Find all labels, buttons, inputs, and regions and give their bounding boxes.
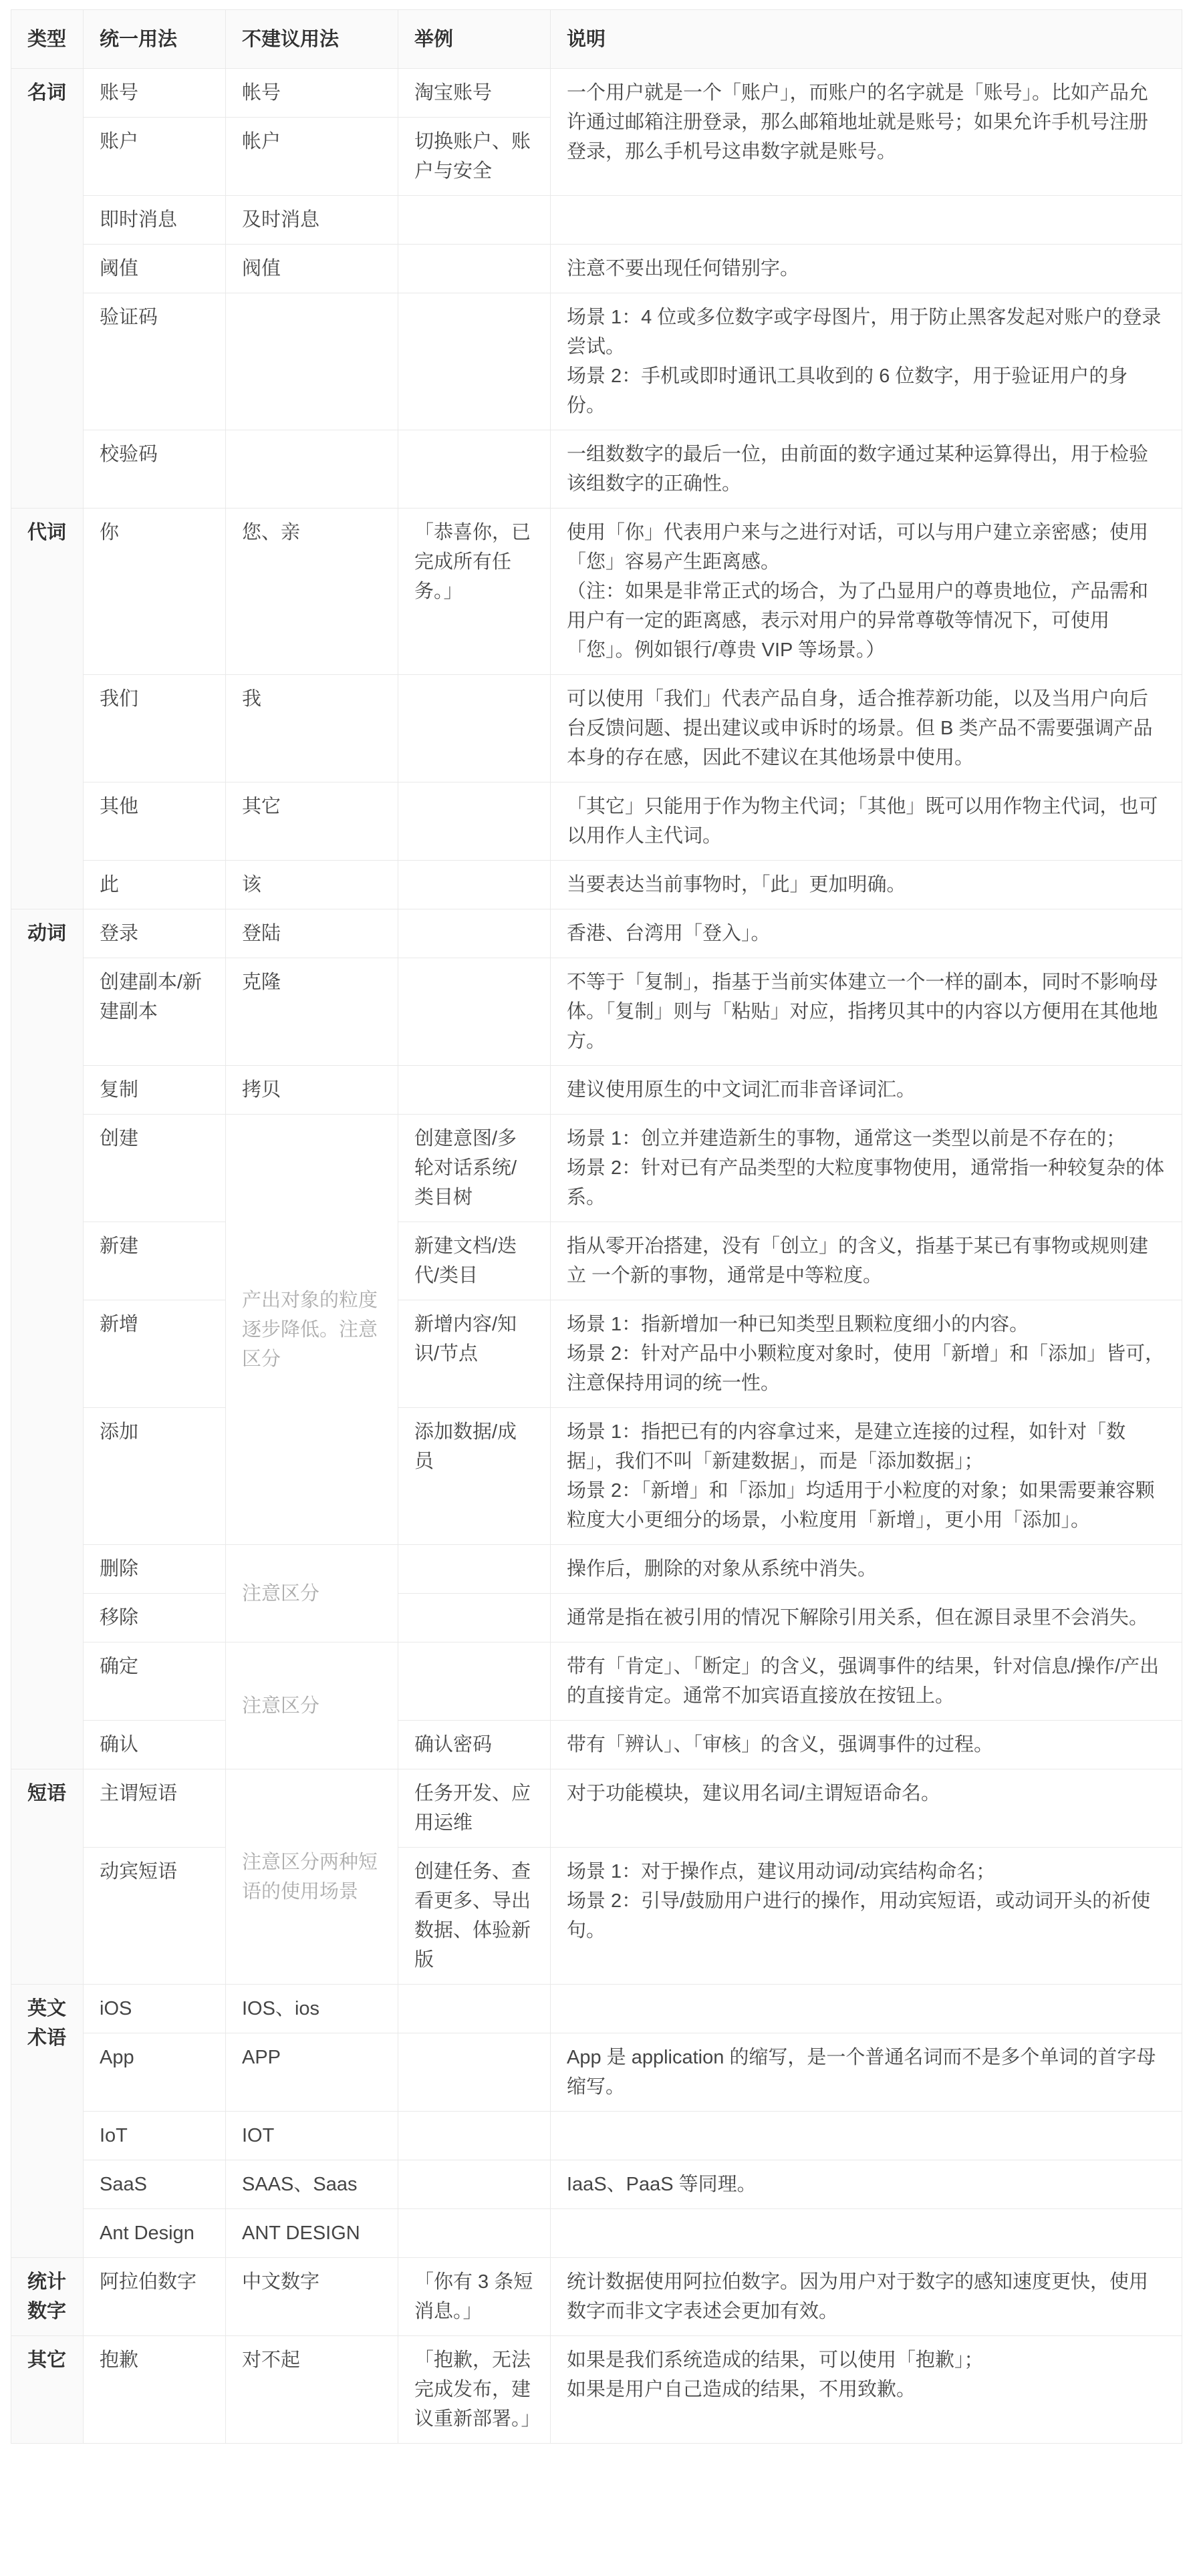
cell-preferred: 其他 bbox=[84, 782, 226, 861]
cell-example: 新增内容/知识/节点 bbox=[398, 1300, 551, 1408]
cell-example bbox=[398, 782, 551, 861]
cell-example: 「你有 3 条短消息。」 bbox=[398, 2258, 551, 2336]
table-row: IoTIOT bbox=[11, 2112, 1182, 2160]
cell-example bbox=[398, 2112, 551, 2160]
cell-deprecated bbox=[226, 293, 398, 430]
cell-description bbox=[551, 196, 1182, 245]
cell-example bbox=[398, 909, 551, 958]
cell-example bbox=[398, 2209, 551, 2258]
cell-example bbox=[398, 2160, 551, 2209]
cell-preferred: 确认 bbox=[84, 1721, 226, 1769]
header-example: 举例 bbox=[398, 10, 551, 69]
cell-preferred: 账号 bbox=[84, 69, 226, 118]
table-body: 名词账号帐号淘宝账号一个用户就是一个「账户」，而账户的名字就是「账号」。比如产品… bbox=[11, 69, 1182, 2444]
table-row: 删除注意区分操作后，删除的对象从系统中消失。 bbox=[11, 1545, 1182, 1594]
cell-preferred: 我们 bbox=[84, 675, 226, 782]
cell-preferred: 创建 bbox=[84, 1115, 226, 1222]
table-row: 短语主谓短语注意区分两种短语的使用场景任务开发、应用运维对于功能模块，建议用名词… bbox=[11, 1769, 1182, 1848]
cell-preferred: 账户 bbox=[84, 118, 226, 196]
header-type: 类型 bbox=[11, 10, 84, 69]
table-row: 其它抱歉对不起「抱歉，无法完成发布，建议重新部署。」如果是我们系统造成的结果，可… bbox=[11, 2336, 1182, 2444]
cell-preferred: 校验码 bbox=[84, 430, 226, 509]
cell-description: 建议使用原生的中文词汇而非音译词汇。 bbox=[551, 1066, 1182, 1115]
cell-description bbox=[551, 1985, 1182, 2033]
cell-example: 创建意图/多轮对话系统/类目树 bbox=[398, 1115, 551, 1222]
table-row: 统计数字阿拉伯数字中文数字「你有 3 条短消息。」统计数据使用阿拉伯数字。因为用… bbox=[11, 2258, 1182, 2336]
cell-deprecated: ANT DESIGN bbox=[226, 2209, 398, 2258]
table-row: 此该当要表达当前事物时，「此」更加明确。 bbox=[11, 861, 1182, 909]
cell-deprecated: 对不起 bbox=[226, 2336, 398, 2444]
cell-preferred: 动宾短语 bbox=[84, 1848, 226, 1985]
table-row: 英文术语iOSIOS、ios bbox=[11, 1985, 1182, 2033]
cell-deprecated: 该 bbox=[226, 861, 398, 909]
cell-example bbox=[398, 293, 551, 430]
cell-description: 通常是指在被引用的情况下解除引用关系，但在源目录里不会消失。 bbox=[551, 1594, 1182, 1642]
table-row: 动词登录登陆香港、台湾用「登入」。 bbox=[11, 909, 1182, 958]
cell-preferred: 你 bbox=[84, 509, 226, 675]
cell-category: 统计数字 bbox=[11, 2258, 84, 2336]
cell-preferred: 删除 bbox=[84, 1545, 226, 1594]
cell-example bbox=[398, 2033, 551, 2112]
cell-example bbox=[398, 196, 551, 245]
cell-description: 场景 1：指新增加一种已知类型且颗粒度细小的内容。 场景 2：针对产品中小颗粒度… bbox=[551, 1300, 1182, 1408]
cell-example bbox=[398, 1594, 551, 1642]
cell-description: 对于功能模块，建议用名词/主谓短语命名。 bbox=[551, 1769, 1182, 1848]
table-row: SaaSSAAS、SaasIaaS、PaaS 等同理。 bbox=[11, 2160, 1182, 2209]
cell-deprecated: 产出对象的粒度逐步降低。注意区分 bbox=[226, 1115, 398, 1545]
cell-deprecated: 及时消息 bbox=[226, 196, 398, 245]
cell-description: 注意不要出现任何错别字。 bbox=[551, 245, 1182, 293]
table-row: 确认确认密码带有「辨认」、「审核」的含义，强调事件的过程。 bbox=[11, 1721, 1182, 1769]
header-row: 类型 统一用法 不建议用法 举例 说明 bbox=[11, 10, 1182, 69]
cell-deprecated: 中文数字 bbox=[226, 2258, 398, 2336]
cell-preferred: 此 bbox=[84, 861, 226, 909]
cell-category: 短语 bbox=[11, 1769, 84, 1985]
cell-example: 创建任务、查看更多、导出数据、体验新版 bbox=[398, 1848, 551, 1985]
cell-example bbox=[398, 675, 551, 782]
cell-deprecated: 阀值 bbox=[226, 245, 398, 293]
cell-example bbox=[398, 430, 551, 509]
cell-preferred: 验证码 bbox=[84, 293, 226, 430]
cell-deprecated: 帐号 bbox=[226, 69, 398, 118]
table-row: 动宾短语创建任务、查看更多、导出数据、体验新版场景 1：对于操作点，建议用动词/… bbox=[11, 1848, 1182, 1985]
cell-description: 可以使用「我们」代表产品自身，适合推荐新功能，以及当用户向后台反馈问题、提出建议… bbox=[551, 675, 1182, 782]
cell-description: 操作后，删除的对象从系统中消失。 bbox=[551, 1545, 1182, 1594]
table-row: 复制拷贝建议使用原生的中文词汇而非音译词汇。 bbox=[11, 1066, 1182, 1115]
cell-example: 确认密码 bbox=[398, 1721, 551, 1769]
cell-description: 当要表达当前事物时，「此」更加明确。 bbox=[551, 861, 1182, 909]
cell-deprecated: 注意区分 bbox=[226, 1642, 398, 1769]
table-row: Ant DesignANT DESIGN bbox=[11, 2209, 1182, 2258]
cell-description: 场景 1：对于操作点，建议用动词/动宾结构命名； 场景 2：引导/鼓励用户进行的… bbox=[551, 1848, 1182, 1985]
cell-deprecated bbox=[226, 430, 398, 509]
cell-example bbox=[398, 861, 551, 909]
table-row: 验证码场景 1：4 位或多位数字或字母图片，用于防止黑客发起对账户的登录尝试。 … bbox=[11, 293, 1182, 430]
cell-description: 「其它」只能用于作为物主代词；「其他」既可以用作物主代词，也可以用作人主代词。 bbox=[551, 782, 1182, 861]
cell-example: 「抱歉，无法完成发布，建议重新部署。」 bbox=[398, 2336, 551, 2444]
table-row: 名词账号帐号淘宝账号一个用户就是一个「账户」，而账户的名字就是「账号」。比如产品… bbox=[11, 69, 1182, 118]
table-row: 代词你您、亲「恭喜你，已完成所有任务。」使用「你」代表用户来与之进行对话，可以与… bbox=[11, 509, 1182, 675]
cell-example bbox=[398, 1545, 551, 1594]
cell-description: 使用「你」代表用户来与之进行对话，可以与用户建立亲密感；使用「您」容易产生距离感… bbox=[551, 509, 1182, 675]
cell-deprecated: 其它 bbox=[226, 782, 398, 861]
cell-preferred: 添加 bbox=[84, 1408, 226, 1545]
terminology-doc-page: 类型 统一用法 不建议用法 举例 说明 名词账号帐号淘宝账号一个用户就是一个「账… bbox=[0, 0, 1199, 2576]
cell-preferred: App bbox=[84, 2033, 226, 2112]
table-row: 确定注意区分带有「肯定」、「断定」的含义，强调事件的结果，针对信息/操作/产出的… bbox=[11, 1642, 1182, 1721]
table-row: 创建产出对象的粒度逐步降低。注意区分创建意图/多轮对话系统/类目树场景 1：创立… bbox=[11, 1115, 1182, 1222]
cell-description: App 是 application 的缩写，是一个普通名词而不是多个单词的首字母… bbox=[551, 2033, 1182, 2112]
cell-description bbox=[551, 2112, 1182, 2160]
table-row: 新增新增内容/知识/节点场景 1：指新增加一种已知类型且颗粒度细小的内容。 场景… bbox=[11, 1300, 1182, 1408]
table-row: 创建副本/新建副本克隆不等于「复制」，指基于当前实体建立一个一样的副本，同时不影… bbox=[11, 958, 1182, 1066]
header-deprecated: 不建议用法 bbox=[226, 10, 398, 69]
cell-description bbox=[551, 2209, 1182, 2258]
cell-example: 新建文档/迭代/类目 bbox=[398, 1222, 551, 1300]
table-row: 阈值阀值注意不要出现任何错别字。 bbox=[11, 245, 1182, 293]
cell-description: 如果是我们系统造成的结果，可以使用「抱歉」； 如果是用户自己造成的结果，不用致歉… bbox=[551, 2336, 1182, 2444]
cell-preferred: 复制 bbox=[84, 1066, 226, 1115]
cell-example bbox=[398, 245, 551, 293]
cell-deprecated: 注意区分两种短语的使用场景 bbox=[226, 1769, 398, 1985]
cell-description: 场景 1：4 位或多位数字或字母图片，用于防止黑客发起对账户的登录尝试。 场景 … bbox=[551, 293, 1182, 430]
cell-deprecated: SAAS、Saas bbox=[226, 2160, 398, 2209]
terminology-table: 类型 统一用法 不建议用法 举例 说明 名词账号帐号淘宝账号一个用户就是一个「账… bbox=[11, 9, 1182, 2444]
table-row: 其他其它「其它」只能用于作为物主代词；「其他」既可以用作物主代词，也可以用作人主… bbox=[11, 782, 1182, 861]
table-header: 类型 统一用法 不建议用法 举例 说明 bbox=[11, 10, 1182, 69]
cell-deprecated: 您、亲 bbox=[226, 509, 398, 675]
cell-example: 淘宝账号 bbox=[398, 69, 551, 118]
cell-description: 香港、台湾用「登入」。 bbox=[551, 909, 1182, 958]
cell-deprecated: APP bbox=[226, 2033, 398, 2112]
cell-category: 代词 bbox=[11, 509, 84, 909]
cell-preferred: 抱歉 bbox=[84, 2336, 226, 2444]
table-row: 新建新建文档/迭代/类目指从零开冶搭建，没有「创立」的含义，指基于某已有事物或规… bbox=[11, 1222, 1182, 1300]
cell-example: 「恭喜你，已完成所有任务。」 bbox=[398, 509, 551, 675]
cell-description: 场景 1：创立并建造新生的事物，通常这一类型以前是不存在的； 场景 2：针对已有… bbox=[551, 1115, 1182, 1222]
table-row: 移除通常是指在被引用的情况下解除引用关系，但在源目录里不会消失。 bbox=[11, 1594, 1182, 1642]
cell-preferred: iOS bbox=[84, 1985, 226, 2033]
cell-deprecated: 帐户 bbox=[226, 118, 398, 196]
cell-deprecated: 我 bbox=[226, 675, 398, 782]
cell-example bbox=[398, 1066, 551, 1115]
cell-example bbox=[398, 1985, 551, 2033]
cell-deprecated: 克隆 bbox=[226, 958, 398, 1066]
cell-description: 一组数数字的最后一位，由前面的数字通过某种运算得出，用于检验该组数字的正确性。 bbox=[551, 430, 1182, 509]
cell-deprecated: IOS、ios bbox=[226, 1985, 398, 2033]
cell-preferred: SaaS bbox=[84, 2160, 226, 2209]
cell-description: 不等于「复制」，指基于当前实体建立一个一样的副本，同时不影响母体。「复制」则与「… bbox=[551, 958, 1182, 1066]
cell-category: 动词 bbox=[11, 909, 84, 1769]
cell-preferred: Ant Design bbox=[84, 2209, 226, 2258]
table-row: AppAPPApp 是 application 的缩写，是一个普通名词而不是多个… bbox=[11, 2033, 1182, 2112]
cell-preferred: 移除 bbox=[84, 1594, 226, 1642]
cell-example: 切换账户、账户与安全 bbox=[398, 118, 551, 196]
cell-description: 带有「辨认」、「审核」的含义，强调事件的过程。 bbox=[551, 1721, 1182, 1769]
cell-description: IaaS、PaaS 等同理。 bbox=[551, 2160, 1182, 2209]
cell-preferred: 阈值 bbox=[84, 245, 226, 293]
cell-description: 统计数据使用阿拉伯数字。因为用户对于数字的感知速度更快，使用数字而非文字表述会更… bbox=[551, 2258, 1182, 2336]
cell-deprecated: IOT bbox=[226, 2112, 398, 2160]
cell-deprecated: 登陆 bbox=[226, 909, 398, 958]
table-row: 校验码一组数数字的最后一位，由前面的数字通过某种运算得出，用于检验该组数字的正确… bbox=[11, 430, 1182, 509]
cell-deprecated: 拷贝 bbox=[226, 1066, 398, 1115]
cell-category: 英文术语 bbox=[11, 1985, 84, 2258]
cell-description: 场景 1：指把已有的内容拿过来，是建立连接的过程，如针对「数据」，我们不叫「新建… bbox=[551, 1408, 1182, 1545]
cell-preferred: 登录 bbox=[84, 909, 226, 958]
cell-preferred: 新增 bbox=[84, 1300, 226, 1408]
cell-example bbox=[398, 958, 551, 1066]
cell-example bbox=[398, 1642, 551, 1721]
cell-preferred: 主谓短语 bbox=[84, 1769, 226, 1848]
cell-preferred: 即时消息 bbox=[84, 196, 226, 245]
cell-deprecated: 注意区分 bbox=[226, 1545, 398, 1642]
cell-example: 添加数据/成员 bbox=[398, 1408, 551, 1545]
table-row: 添加添加数据/成员场景 1：指把已有的内容拿过来，是建立连接的过程，如针对「数据… bbox=[11, 1408, 1182, 1545]
cell-description: 带有「肯定」、「断定」的含义，强调事件的结果，针对信息/操作/产出的直接肯定。通… bbox=[551, 1642, 1182, 1721]
header-description: 说明 bbox=[551, 10, 1182, 69]
cell-preferred: 阿拉伯数字 bbox=[84, 2258, 226, 2336]
table-row: 我们我可以使用「我们」代表产品自身，适合推荐新功能，以及当用户向后台反馈问题、提… bbox=[11, 675, 1182, 782]
table-row: 即时消息及时消息 bbox=[11, 196, 1182, 245]
cell-preferred: IoT bbox=[84, 2112, 226, 2160]
cell-description: 指从零开冶搭建，没有「创立」的含义，指基于某已有事物或规则建立 一个新的事物，通… bbox=[551, 1222, 1182, 1300]
header-preferred: 统一用法 bbox=[84, 10, 226, 69]
cell-preferred: 确定 bbox=[84, 1642, 226, 1721]
cell-preferred: 创建副本/新建副本 bbox=[84, 958, 226, 1066]
cell-category: 其它 bbox=[11, 2336, 84, 2444]
cell-example: 任务开发、应用运维 bbox=[398, 1769, 551, 1848]
cell-category: 名词 bbox=[11, 69, 84, 509]
cell-description: 一个用户就是一个「账户」，而账户的名字就是「账号」。比如产品允许通过邮箱注册登录… bbox=[551, 69, 1182, 196]
cell-preferred: 新建 bbox=[84, 1222, 226, 1300]
